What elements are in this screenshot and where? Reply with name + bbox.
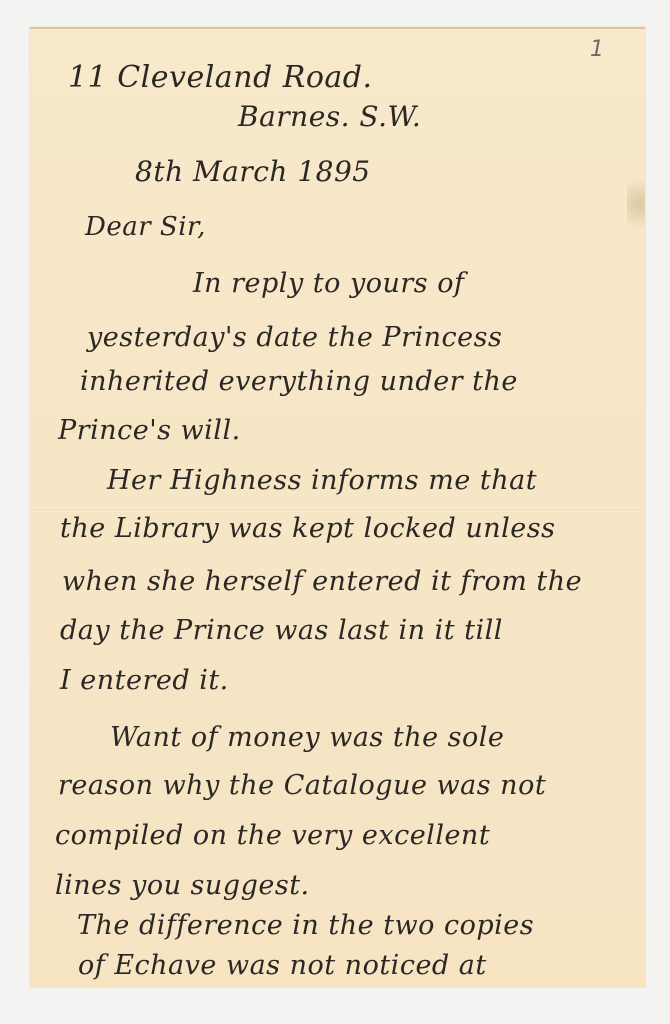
letter-line: Her Highness informs me that (107, 465, 537, 496)
letter-line: inherited everything under the (80, 366, 518, 397)
letter-line: when she herself entered it from the (62, 566, 582, 597)
letter-line: of Echave was not noticed at (78, 950, 487, 981)
letter-line: I entered it. (60, 665, 229, 696)
letter-line: compiled on the very excellent (55, 820, 490, 851)
page-number: 1 (590, 37, 604, 62)
letter-line: Want of money was the sole (110, 722, 504, 753)
address-line-2: Barnes. S.W. (238, 100, 421, 133)
salutation: Dear Sir, (85, 212, 206, 242)
letter-line: day the Prince was last in it till (60, 615, 503, 646)
paper-stain (627, 169, 645, 239)
letter-line: The difference in the two copies (77, 910, 534, 941)
fold-crease (30, 510, 645, 512)
letter-line: yesterday's date the Princess (87, 322, 502, 353)
letter-line: Prince's will. (58, 415, 241, 446)
letter-line: the Library was kept locked unless (60, 513, 555, 544)
letter-date: 8th March 1895 (135, 155, 371, 188)
address-line-1: 11 Cleveland Road. (68, 60, 373, 95)
letter-line: In reply to yours of (193, 268, 464, 299)
letter-line: reason why the Catalogue was not (58, 770, 546, 801)
letter-line: lines you suggest. (55, 870, 310, 901)
